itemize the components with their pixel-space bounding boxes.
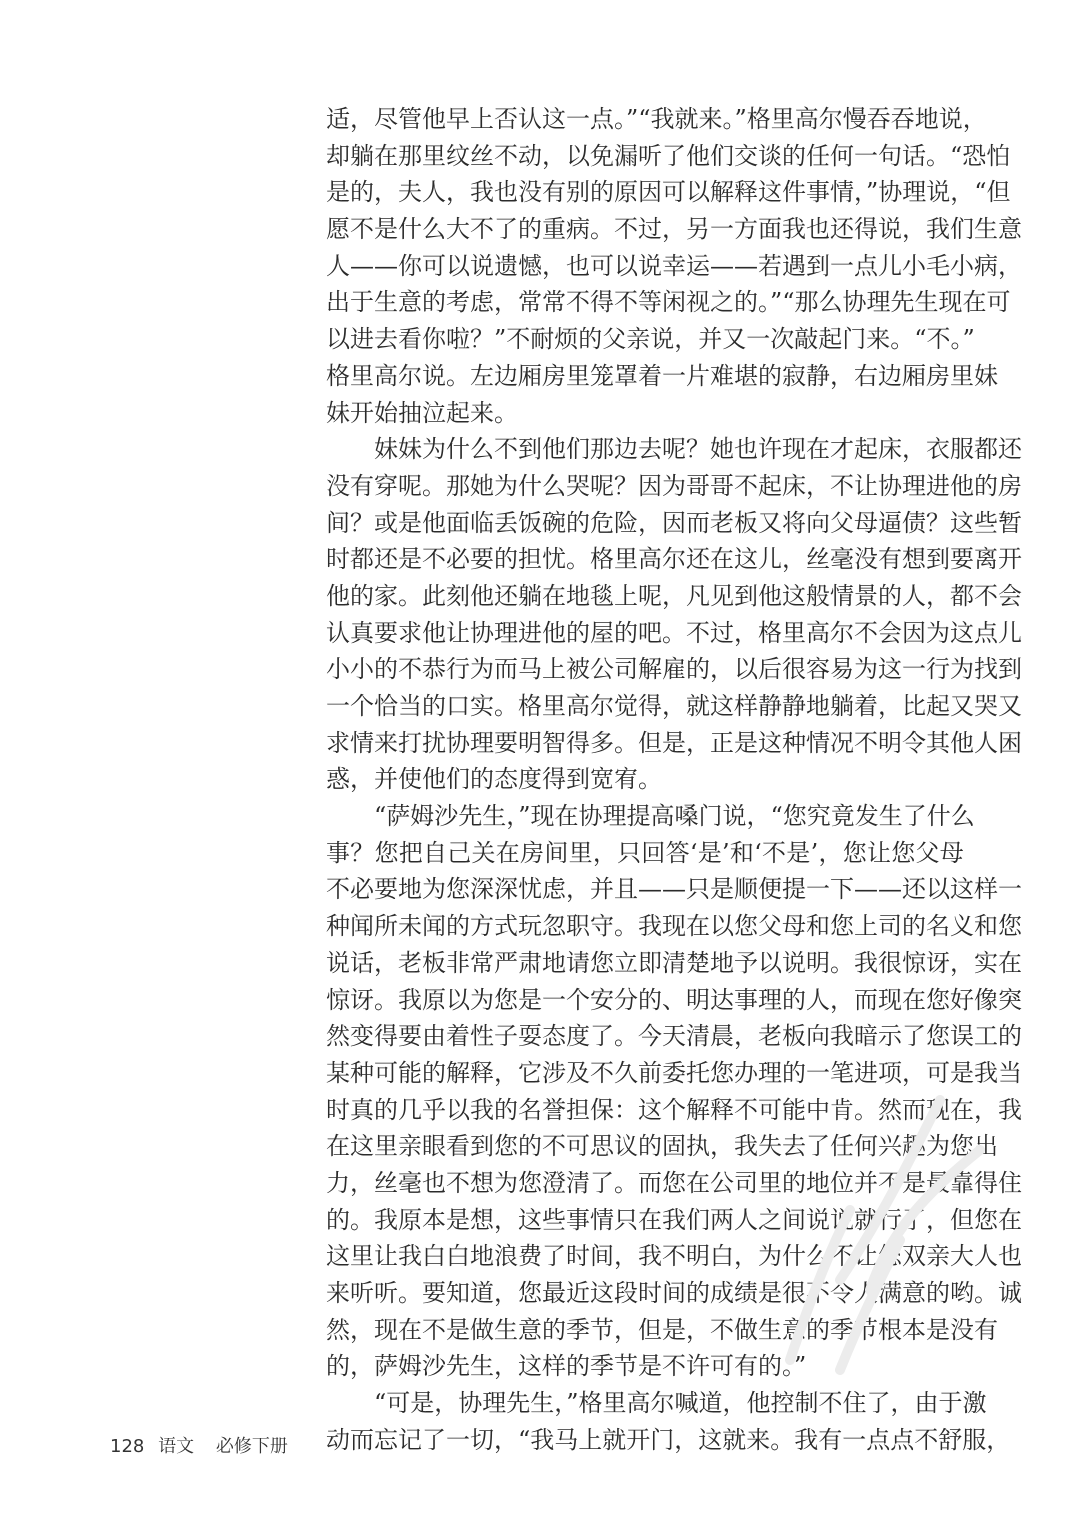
volume-label: 必修下册: [216, 1436, 288, 1457]
paragraph-3: “萨姆沙先生，”现在协理提高嗓门说，“您究竟发生了什么 事？您把自己关在房间里，…: [326, 798, 964, 1385]
text-line: 却躺在那里纹丝不动，以免漏听了他们交谈的任何一句话。“恐怕: [326, 138, 964, 175]
text-line: 妹妹为什么不到他们那边去呢？她也许现在才起床，衣服都还: [326, 431, 964, 468]
text-line: 力，丝毫也不想为您澄清了。而您在公司里的地位并不是最靠得住: [326, 1165, 964, 1202]
text-line: 然变得要由着性子耍态度了。今天清晨，老板向我暗示了您误工的: [326, 1018, 964, 1055]
text-line: 人——你可以说遗憾，也可以说幸运——若遇到一点儿小毛小病，: [326, 248, 964, 285]
text-line: 妹开始抽泣起来。: [326, 395, 964, 432]
text-line: 然，现在不是做生意的季节，但是，不做生意的季节根本是没有: [326, 1312, 964, 1349]
text-line: 认真要求他让协理进他的屋的吧。不过，格里高尔不会因为这点儿: [326, 615, 964, 652]
text-line: 一个恰当的口实。格里高尔觉得，就这样静静地躺着，比起又哭又: [326, 688, 964, 725]
text-line: 小小的不恭行为而马上被公司解雇的，以后很容易为这一行为找到: [326, 651, 964, 688]
text-line: “萨姆沙先生，”现在协理提高嗓门说，“您究竟发生了什么: [326, 798, 964, 835]
page-number: 128: [110, 1436, 144, 1457]
page-footer: 128 语文 必修下册: [110, 1432, 288, 1458]
text-line: 愿不是什么大不了的重病。不过，另一方面我也还得说，我们生意: [326, 211, 964, 248]
text-line: 某种可能的解释，它涉及不久前委托您办理的一笔进项，可是我当: [326, 1055, 964, 1092]
text-line: 他的家。此刻他还躺在地毯上呢，凡见到他这般情景的人，都不会: [326, 578, 964, 615]
body-text: 适，尽管他早上否认这一点。”“我就来。”格里高尔慢吞吞地说， 却躺在那里纹丝不动…: [326, 101, 964, 1458]
text-line: 惑，并使他们的态度得到宽宥。: [326, 761, 964, 798]
text-line: 动而忘记了一切，“我马上就开门，这就来。我有一点点不舒服，: [326, 1422, 964, 1459]
text-line: 格里高尔说。左边厢房里笼罩着一片难堪的寂静，右边厢房里妹: [326, 358, 964, 395]
text-line: 不必要地为您深深忧虑，并且——只是顺便提一下——还以这样一: [326, 871, 964, 908]
text-line: 的。我原本是想，这些事情只在我们两人之间说说就行了，但您在: [326, 1202, 964, 1239]
text-line: 的，萨姆沙先生，这样的季节是不许可有的。”: [326, 1348, 964, 1385]
text-line: 这里让我白白地浪费了时间，我不明白，为什么不让您双亲大人也: [326, 1238, 964, 1275]
text-line: 以进去看你啦？”不耐烦的父亲说，并又一次敲起门来。“不。”: [326, 321, 964, 358]
text-line: 间？或是他面临丢饭碗的危险，因而老板又将向父母逼债？这些暂: [326, 505, 964, 542]
text-line: 种闻所未闻的方式玩忽职守。我现在以您父母和您上司的名义和您: [326, 908, 964, 945]
text-line: 时都还是不必要的担忧。格里高尔还在这儿，丝毫没有想到要离开: [326, 541, 964, 578]
text-line: 出于生意的考虑，常常不得不等闲视之的。”“那么协理先生现在可: [326, 284, 964, 321]
paragraph-1: 适，尽管他早上否认这一点。”“我就来。”格里高尔慢吞吞地说， 却躺在那里纹丝不动…: [326, 101, 964, 431]
text-line: 时真的几乎以我的名誉担保：这个解释不可能中肯。然而现在，我: [326, 1092, 964, 1129]
paragraph-2: 妹妹为什么不到他们那边去呢？她也许现在才起床，衣服都还 没有穿呢。那她为什么哭呢…: [326, 431, 964, 798]
text-line: 惊讶。我原以为您是一个安分的、明达事理的人，而现在您好像突: [326, 982, 964, 1019]
subject-label: 语文: [158, 1436, 194, 1457]
text-line: 在这里亲眼看到您的不可思议的固执，我失去了任何兴趣为您出: [326, 1128, 964, 1165]
text-line: 是的，夫人，我也没有别的原因可以解释这件事情，”协理说，“但: [326, 174, 964, 211]
text-line: 求情来打扰协理要明智得多。但是，正是这种情况不明令其他人困: [326, 725, 964, 762]
text-line: “可是，协理先生，”格里高尔喊道，他控制不住了，由于激: [326, 1385, 964, 1422]
text-line: 没有穿呢。那她为什么哭呢？因为哥哥不起床，不让协理进他的房: [326, 468, 964, 505]
text-line: 来听听。要知道，您最近这段时间的成绩是很不令人满意的哟。诚: [326, 1275, 964, 1312]
text-line: 说话，老板非常严肃地请您立即清楚地予以说明。我很惊讶，实在: [326, 945, 964, 982]
text-line: 适，尽管他早上否认这一点。”“我就来。”格里高尔慢吞吞地说，: [326, 101, 964, 138]
text-line: 事？您把自己关在房间里，只回答‘是’和‘不是’，您让您父母: [326, 835, 964, 872]
paragraph-4: “可是，协理先生，”格里高尔喊道，他控制不住了，由于激 动而忘记了一切，“我马上…: [326, 1385, 964, 1458]
